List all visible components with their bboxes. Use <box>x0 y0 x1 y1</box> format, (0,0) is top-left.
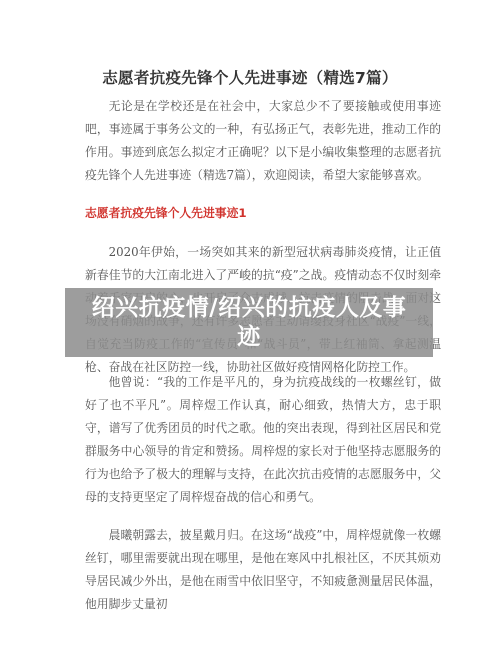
body-paragraph: 晨曦朝露去，披星戴月归。在这场“战疫”中，周梓煜就像一枚螺丝钉，哪里需要就出现在… <box>85 524 441 616</box>
overlay-caption: 绍兴抗疫情/绍兴的抗疫人及事迹 <box>84 294 414 352</box>
document-page: 志愿者抗疫先锋个人先进事迹（精选7篇） 无论是在学校还是在社会中，大家总少不了要… <box>0 0 500 647</box>
body-paragraph: 他曾说：“我的工作是平凡的，身为抗疫战线的一枚螺丝钉，做好了也不平凡”。周梓煜工… <box>85 371 441 509</box>
document-title: 志愿者抗疫先锋个人先进事迹（精选7篇） <box>0 66 500 88</box>
caption-overlay-banner: 绍兴抗疫情/绍兴的抗疫人及事迹 <box>65 288 433 357</box>
intro-paragraph: 无论是在学校还是在社会中，大家总少不了要接触或使用事迹吧，事迹属于事务公文的一种… <box>85 95 441 187</box>
section-heading: 志愿者抗疫先锋个人先进事迹1 <box>85 204 247 221</box>
